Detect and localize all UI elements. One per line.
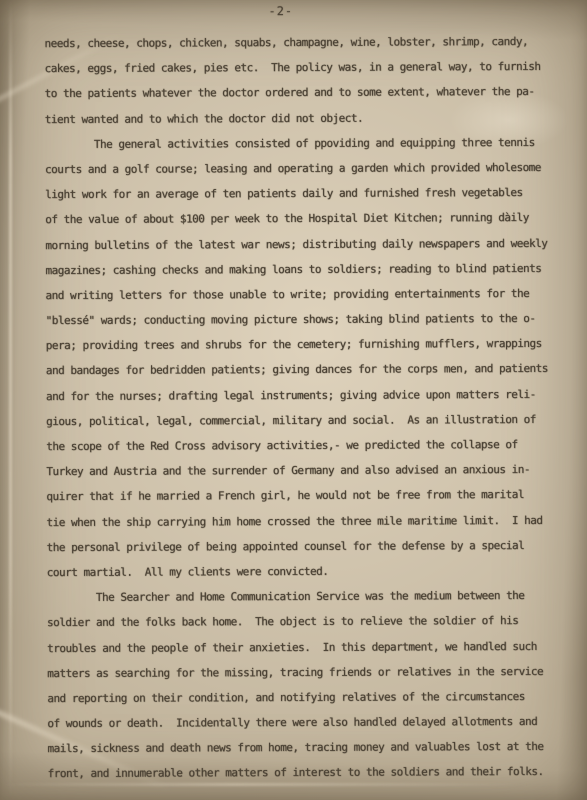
text-line: Turkey and Austria and the surrender of … bbox=[46, 457, 558, 484]
text-line: front, and innumerable other matters of … bbox=[48, 759, 560, 786]
text-line: The general activities consisted of ppov… bbox=[45, 130, 557, 157]
text-line: cakes, eggs, fried cakes, pies etc. The … bbox=[44, 54, 556, 81]
text-line: soldier and the folks back home. The obj… bbox=[47, 608, 559, 635]
text-line: court martial. All my clients were convi… bbox=[47, 558, 559, 585]
typed-text-layer: -2- needs, cheese, chops, chicken, squab… bbox=[0, 0, 587, 800]
text-line: pera; providing trees and shrubs for the… bbox=[46, 331, 558, 358]
text-line: morning bulletins of the latest war news… bbox=[45, 230, 557, 257]
text-line: The Searcher and Home Communication Serv… bbox=[47, 583, 559, 610]
text-line: and bandages for bedridden patients; giv… bbox=[46, 356, 558, 383]
text-line: needs, cheese, chops, chicken, squabs, c… bbox=[44, 29, 556, 56]
text-line: of wounds or death. Incidentally there w… bbox=[47, 709, 559, 736]
text-line: "blessé" wards; conducting moving pictur… bbox=[46, 306, 558, 333]
document-photo: -2- needs, cheese, chops, chicken, squab… bbox=[0, 0, 587, 800]
text-line: matters as searching for the missing, tr… bbox=[47, 659, 559, 686]
text-line: the scope of the Red Cross advisory acti… bbox=[46, 432, 558, 459]
text-line: the personal privilege of being appointe… bbox=[47, 533, 559, 560]
text-line: mails, sickness and death news from home… bbox=[47, 734, 559, 761]
text-line: light work for an average of ten patient… bbox=[45, 180, 557, 207]
document-body: needs, cheese, chops, chicken, squabs, c… bbox=[44, 29, 559, 787]
text-line: tie when the ship carrying him home cros… bbox=[46, 507, 558, 534]
text-line: tient wanted and to which the doctor did… bbox=[45, 104, 557, 131]
text-line: and writing letters for those unable to … bbox=[45, 281, 557, 308]
text-line: and for the nurses; drafting legal instr… bbox=[46, 381, 558, 408]
text-line: and reporting on their condition, and no… bbox=[47, 684, 559, 711]
text-line: courts and a golf course; leasing and op… bbox=[45, 155, 557, 182]
text-line: troubles and the people of their anxieti… bbox=[47, 633, 559, 660]
text-line: magazines; cashing checks and making loa… bbox=[45, 256, 557, 283]
text-line: gious, political, legal, commercial, mil… bbox=[46, 407, 558, 434]
text-line: of the value of about $100 per week to t… bbox=[45, 205, 557, 232]
page-number: -2- bbox=[0, 3, 574, 20]
text-line: to the patients whatever the doctor orde… bbox=[45, 79, 557, 106]
text-line: quirer that if he married a French girl,… bbox=[46, 482, 558, 509]
